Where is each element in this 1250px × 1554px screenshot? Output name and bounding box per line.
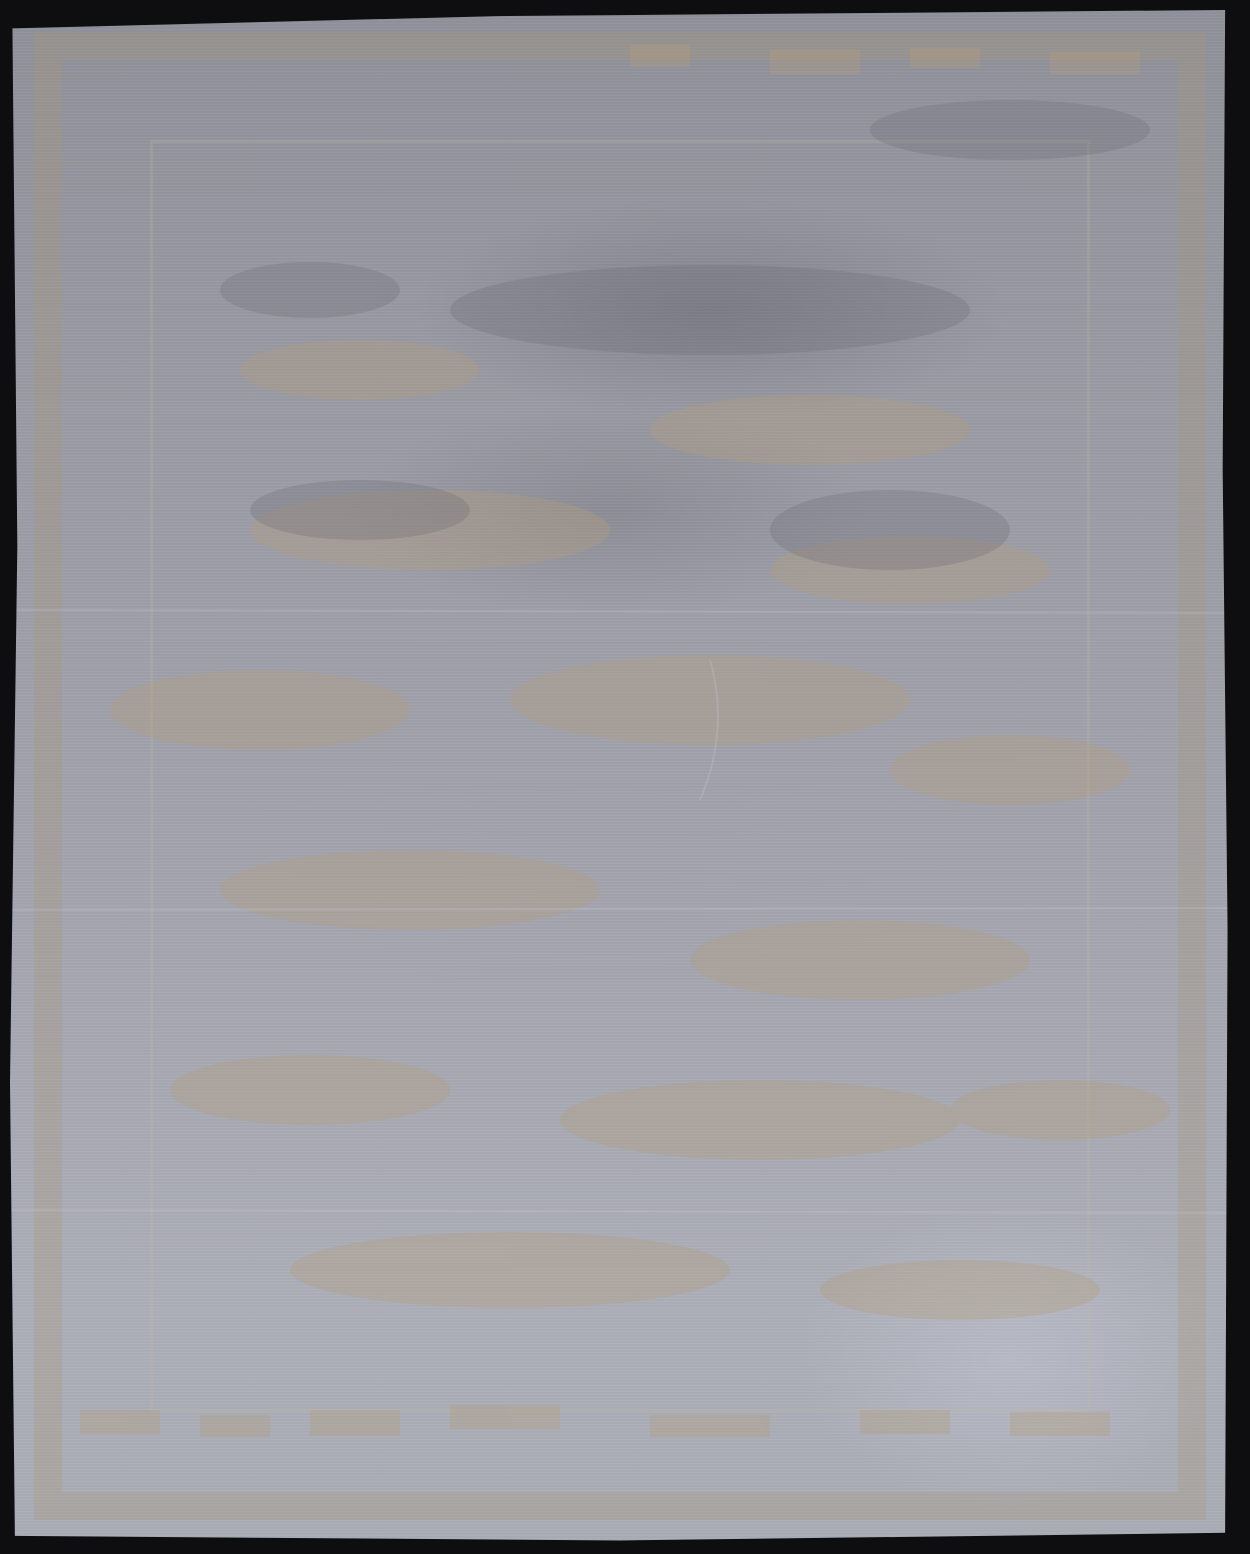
rug	[10, 10, 1230, 1542]
rug-inner-border-line	[150, 140, 1090, 1412]
rug-pattern-motifs	[10, 10, 1230, 1542]
rug-outer-border	[34, 32, 1206, 1520]
